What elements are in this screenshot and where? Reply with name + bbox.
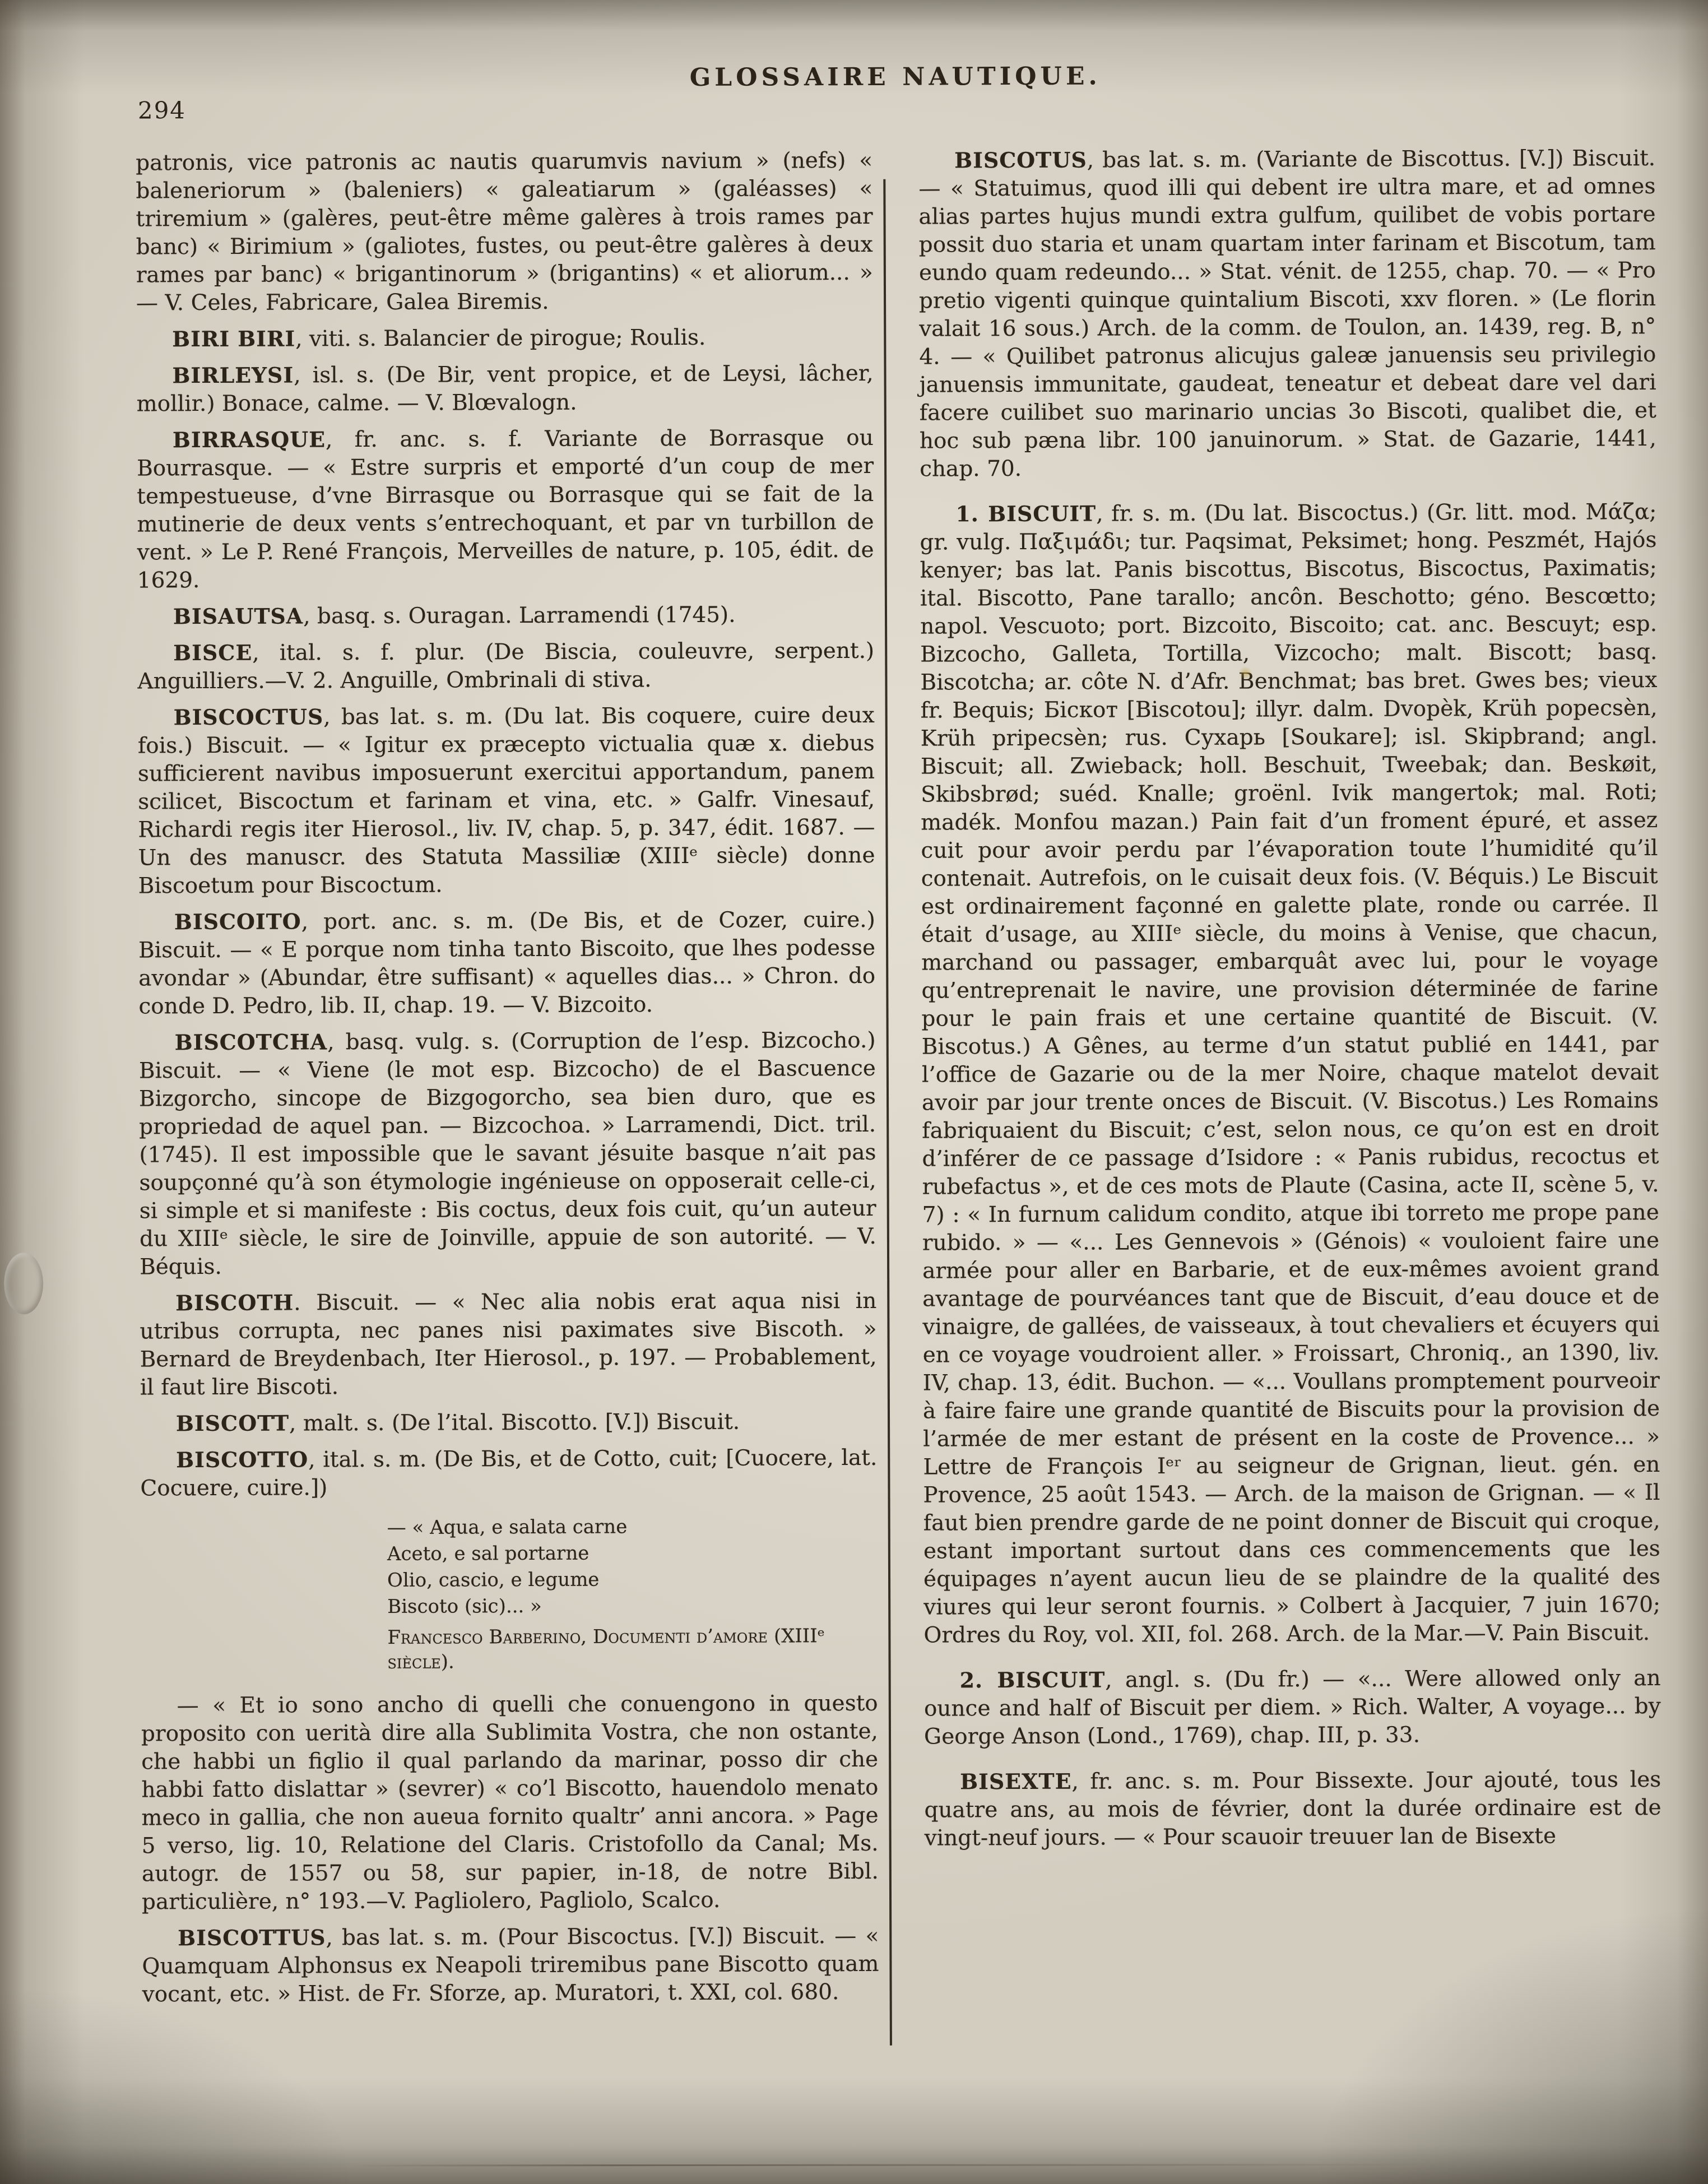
entry-text: , malt. s. (De l’ital. Biscotto. [V.]) B… [289, 1409, 740, 1436]
headword: BISCOITO [174, 908, 301, 934]
headword: BISCOTTO [176, 1446, 308, 1472]
running-title: GLOSSAIRE NAUTIQUE. [136, 60, 1655, 94]
entry-biscoth: BISCOTH. Biscuit. — « Nec alia nobis era… [140, 1287, 877, 1402]
headword: BISCOTH [175, 1290, 294, 1315]
left-column: patronis, vice patronis ac nautis quarum… [136, 147, 879, 2017]
attribution-text: Francesco Barberino, Documenti d’amore (… [387, 1625, 825, 1673]
verse-line: — « Aqua, e salata carne [387, 1514, 878, 1541]
headword: 1. BISCUIT [955, 500, 1096, 526]
page-number: 294 [138, 96, 186, 124]
entry-text: , basq. s. Ouragan. Larramendi (1745). [303, 602, 736, 629]
entry-biscottus: BISCOTTUS, bas lat. s. m. (Pour Biscoctu… [142, 1922, 879, 2009]
verse-line: Olio, cascio, e legume [387, 1566, 878, 1593]
verse-line: Biscoto (sic)... » [387, 1593, 878, 1620]
verse-line: Aceto, e sal portarne [387, 1540, 878, 1567]
entry-text: , bas lat. s. m. (Variante de Biscottus.… [918, 146, 1656, 482]
headword: BISAUTSA [173, 603, 303, 629]
headword: BISCOTUS [954, 147, 1087, 173]
entry-text: patronis, vice patronis ac nautis quarum… [136, 148, 873, 316]
headword: BISCOTCHA [175, 1029, 328, 1055]
headword: BISCOTTUS [178, 1925, 326, 1950]
scanned-book-page: 294 GLOSSAIRE NAUTIQUE. patronis, vice p… [0, 0, 1708, 2184]
verse-text: — « Aqua, e salata carne [387, 1515, 628, 1538]
right-column: BISCOTUS, bas lat. s. m. (Variante de Bi… [918, 144, 1662, 2014]
verse-attribution: Francesco Barberino, Documenti d’amore (… [387, 1624, 878, 1675]
entry-text: , fr. s. m. (Du lat. Biscoctus.) (Gr. li… [920, 499, 1660, 1648]
verse-text: Biscoto (sic)... » [387, 1595, 542, 1618]
entry-bisexte: BISEXTE, fr. anc. s. m. Pour Bissexte. J… [924, 1765, 1661, 1853]
entry-text: , basq. vulg. s. (Corruption de l’esp. B… [139, 1028, 876, 1280]
page-content: 294 GLOSSAIRE NAUTIQUE. patronis, vice p… [0, 0, 1708, 2184]
entry-text: — « Et io sono ancho di quelli che conue… [141, 1691, 879, 1915]
entry-biscoito: BISCOITO, port. anc. s. m. (De Bis, et d… [138, 906, 876, 1021]
headword: BISCOTT [176, 1411, 289, 1436]
entry-biri-biri: BIRI BIRI, viti. s. Balancier de pirogue… [136, 323, 873, 354]
verse-text: Olio, cascio, e legume [387, 1569, 600, 1592]
headword: BIRLEYSI [172, 362, 294, 388]
entry-biscotcha: BISCOTCHA, basq. vulg. s. (Corruption de… [139, 1026, 877, 1282]
entry-biscott: BISCOTT, malt. s. (De l’ital. Biscotto. … [140, 1407, 877, 1439]
blind-stamp-emboss [4, 1253, 43, 1314]
verse-text: Aceto, e sal portarne [387, 1542, 590, 1565]
entry-text: , bas lat. s. m. (Du lat. Bis coquere, c… [138, 703, 875, 899]
entry-text: , viti. s. Balancier de pirogue; Roulis. [295, 325, 706, 352]
headword: BIRI BIRI [172, 326, 295, 351]
entry-biscuit-1: 1. BISCUIT, fr. s. m. (Du lat. Biscoctus… [920, 498, 1660, 1650]
entry-quotation-et-io-sono: — « Et io sono ancho di quelli che conue… [141, 1690, 879, 1917]
entry-biscotus: BISCOTUS, bas lat. s. m. (Variante de Bi… [918, 144, 1656, 484]
paper-stain [1238, 667, 1252, 679]
entry-bisautsa: BISAUTSA, basq. s. Ouragan. Larramendi (… [137, 600, 874, 632]
entry-continuation-patronis: patronis, vice patronis ac nautis quarum… [136, 147, 873, 318]
entry-biscoctus: BISCOCTUS, bas lat. s. m. (Du lat. Bis c… [138, 701, 875, 901]
headword: 2. BISCUIT [960, 1667, 1106, 1693]
headword: BISEXTE [960, 1769, 1071, 1795]
headword: BISCE [173, 640, 252, 665]
entry-biscotto: BISCOTTO, ital. s. m. (De Bis, et de Cot… [140, 1444, 877, 1503]
entry-biscuit-2: 2. BISCUIT, angl. s. (Du fr.) — «... Wer… [924, 1664, 1661, 1751]
entry-bisce: BISCE, ital. s. f. plur. (De Biscia, cou… [137, 637, 874, 696]
entry-birleysi: BIRLEYSI, isl. s. (De Bir, vent propice,… [136, 359, 873, 419]
entry-birrasque: BIRRASQUE, fr. anc. s. f. Variante de Bo… [137, 424, 874, 595]
headword: BISCOCTUS [174, 704, 324, 730]
headword: BIRRASQUE [173, 426, 326, 452]
text-columns: patronis, vice patronis ac nautis quarum… [136, 144, 1662, 2016]
bottom-edge-line [351, 2164, 1416, 2167]
